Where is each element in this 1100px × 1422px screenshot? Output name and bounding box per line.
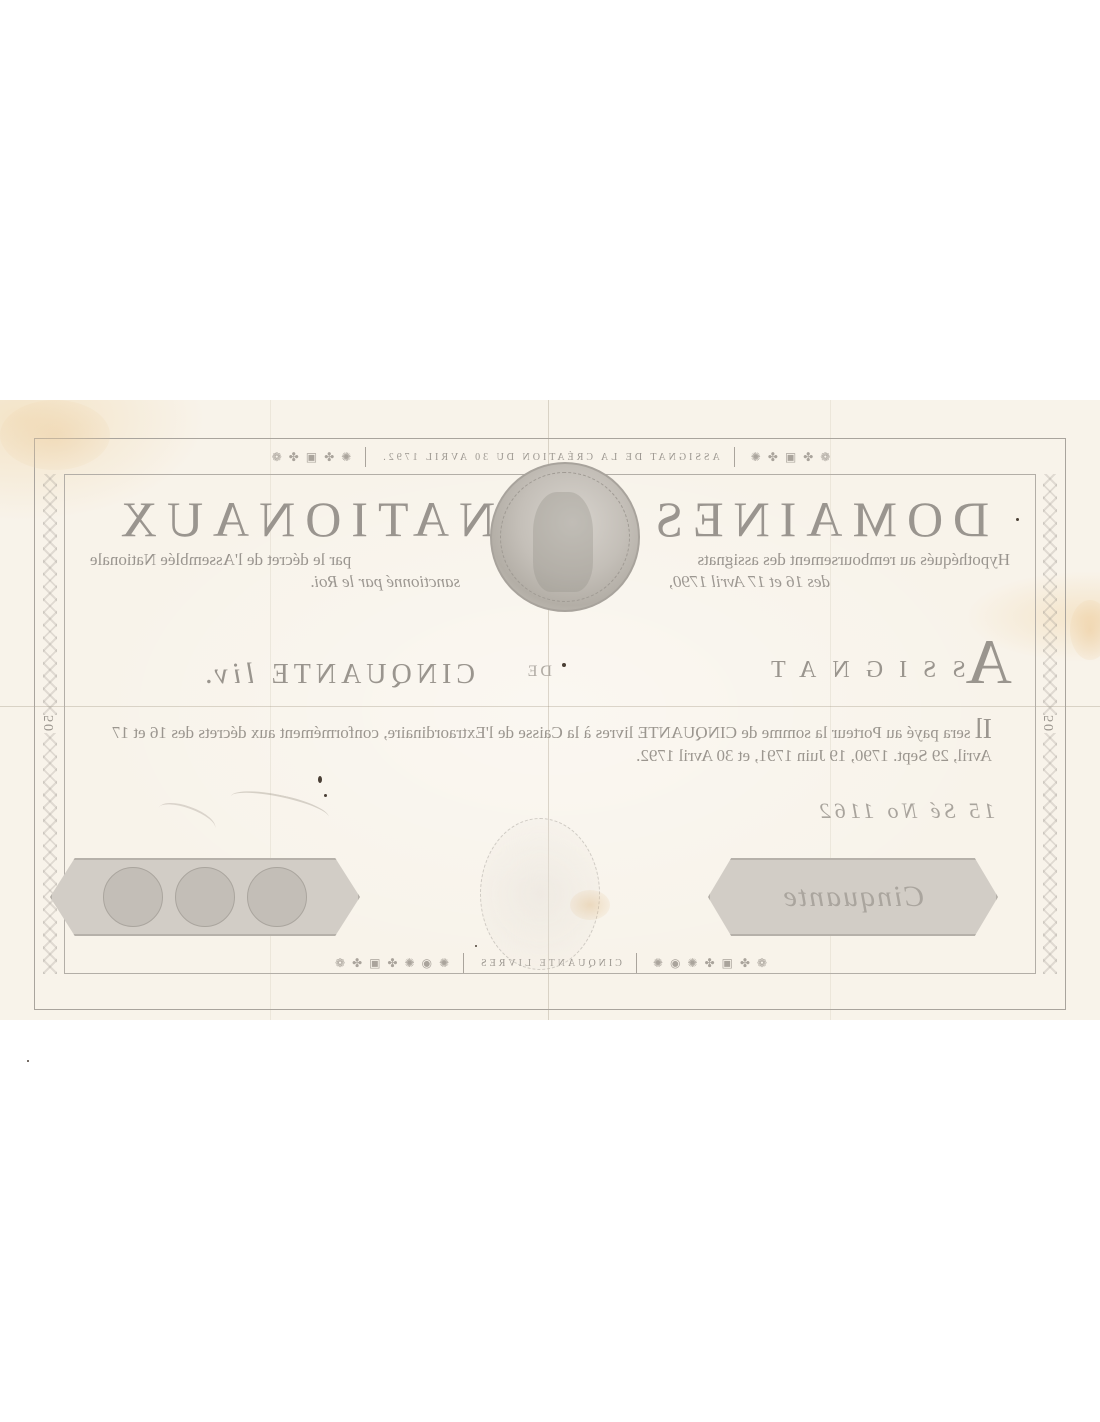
body-text: Il sera payé au Porteur la somme de CINQ… bbox=[112, 718, 992, 767]
de-word: DE bbox=[525, 663, 552, 681]
ornament: ❁ ✤ ▣ ✤ ✺ bbox=[749, 450, 831, 465]
coin-medallion bbox=[247, 867, 307, 927]
coin-medallion bbox=[175, 867, 235, 927]
subtitle-line-2: des 16 et 17 Avril 1790, sanctionné par … bbox=[90, 572, 1010, 592]
amount-word: CINQUANTE liv. bbox=[199, 657, 475, 691]
ornament: ✺ ✤ ▣ ✤ ❁ bbox=[270, 450, 352, 465]
ink-speck bbox=[1016, 518, 1019, 521]
title-left: DOMAINES bbox=[645, 490, 989, 548]
left-border: 50 bbox=[1036, 474, 1064, 974]
top-border-text: ASSIGNAT DE LA CRÉATION DU 30 AVRIL 1792… bbox=[380, 452, 720, 463]
foxing-stain bbox=[0, 400, 110, 470]
coin-medallion bbox=[103, 867, 163, 927]
ink-speck bbox=[324, 794, 327, 797]
foxing-stain bbox=[570, 890, 610, 920]
side-value: 50 bbox=[1042, 715, 1058, 733]
ink-speck bbox=[27, 1060, 29, 1062]
assignat-word: ASSIGNAT bbox=[755, 625, 1012, 699]
ornament: ✺ ◉ ✺ ✤ ▣ ✤ ❁ bbox=[333, 956, 449, 971]
ornament: ❁ ✤ ▣ ✤ ✺ ◉ ✺ bbox=[651, 956, 767, 971]
value-cartouche-left: Cinquante bbox=[708, 858, 998, 936]
denomination-heading: ASSIGNAT DE CINQUANTE liv. bbox=[0, 615, 1100, 705]
ink-speck bbox=[475, 945, 477, 947]
coin-cartouche-right bbox=[50, 858, 360, 936]
side-value: 50 bbox=[42, 715, 58, 733]
subtitle-line-1: Hypothéqués au remboursement des assigna… bbox=[90, 550, 1010, 570]
title-right: NATIONAUX bbox=[111, 490, 495, 548]
ink-speck bbox=[562, 663, 566, 667]
series-serial: 15 Sé No 1162 bbox=[816, 798, 995, 824]
banknote-reverse: ❁ ✤ ▣ ✤ ✺ ASSIGNAT DE LA CRÉATION DU 30 … bbox=[0, 400, 1100, 1020]
ink-speck bbox=[318, 776, 322, 783]
